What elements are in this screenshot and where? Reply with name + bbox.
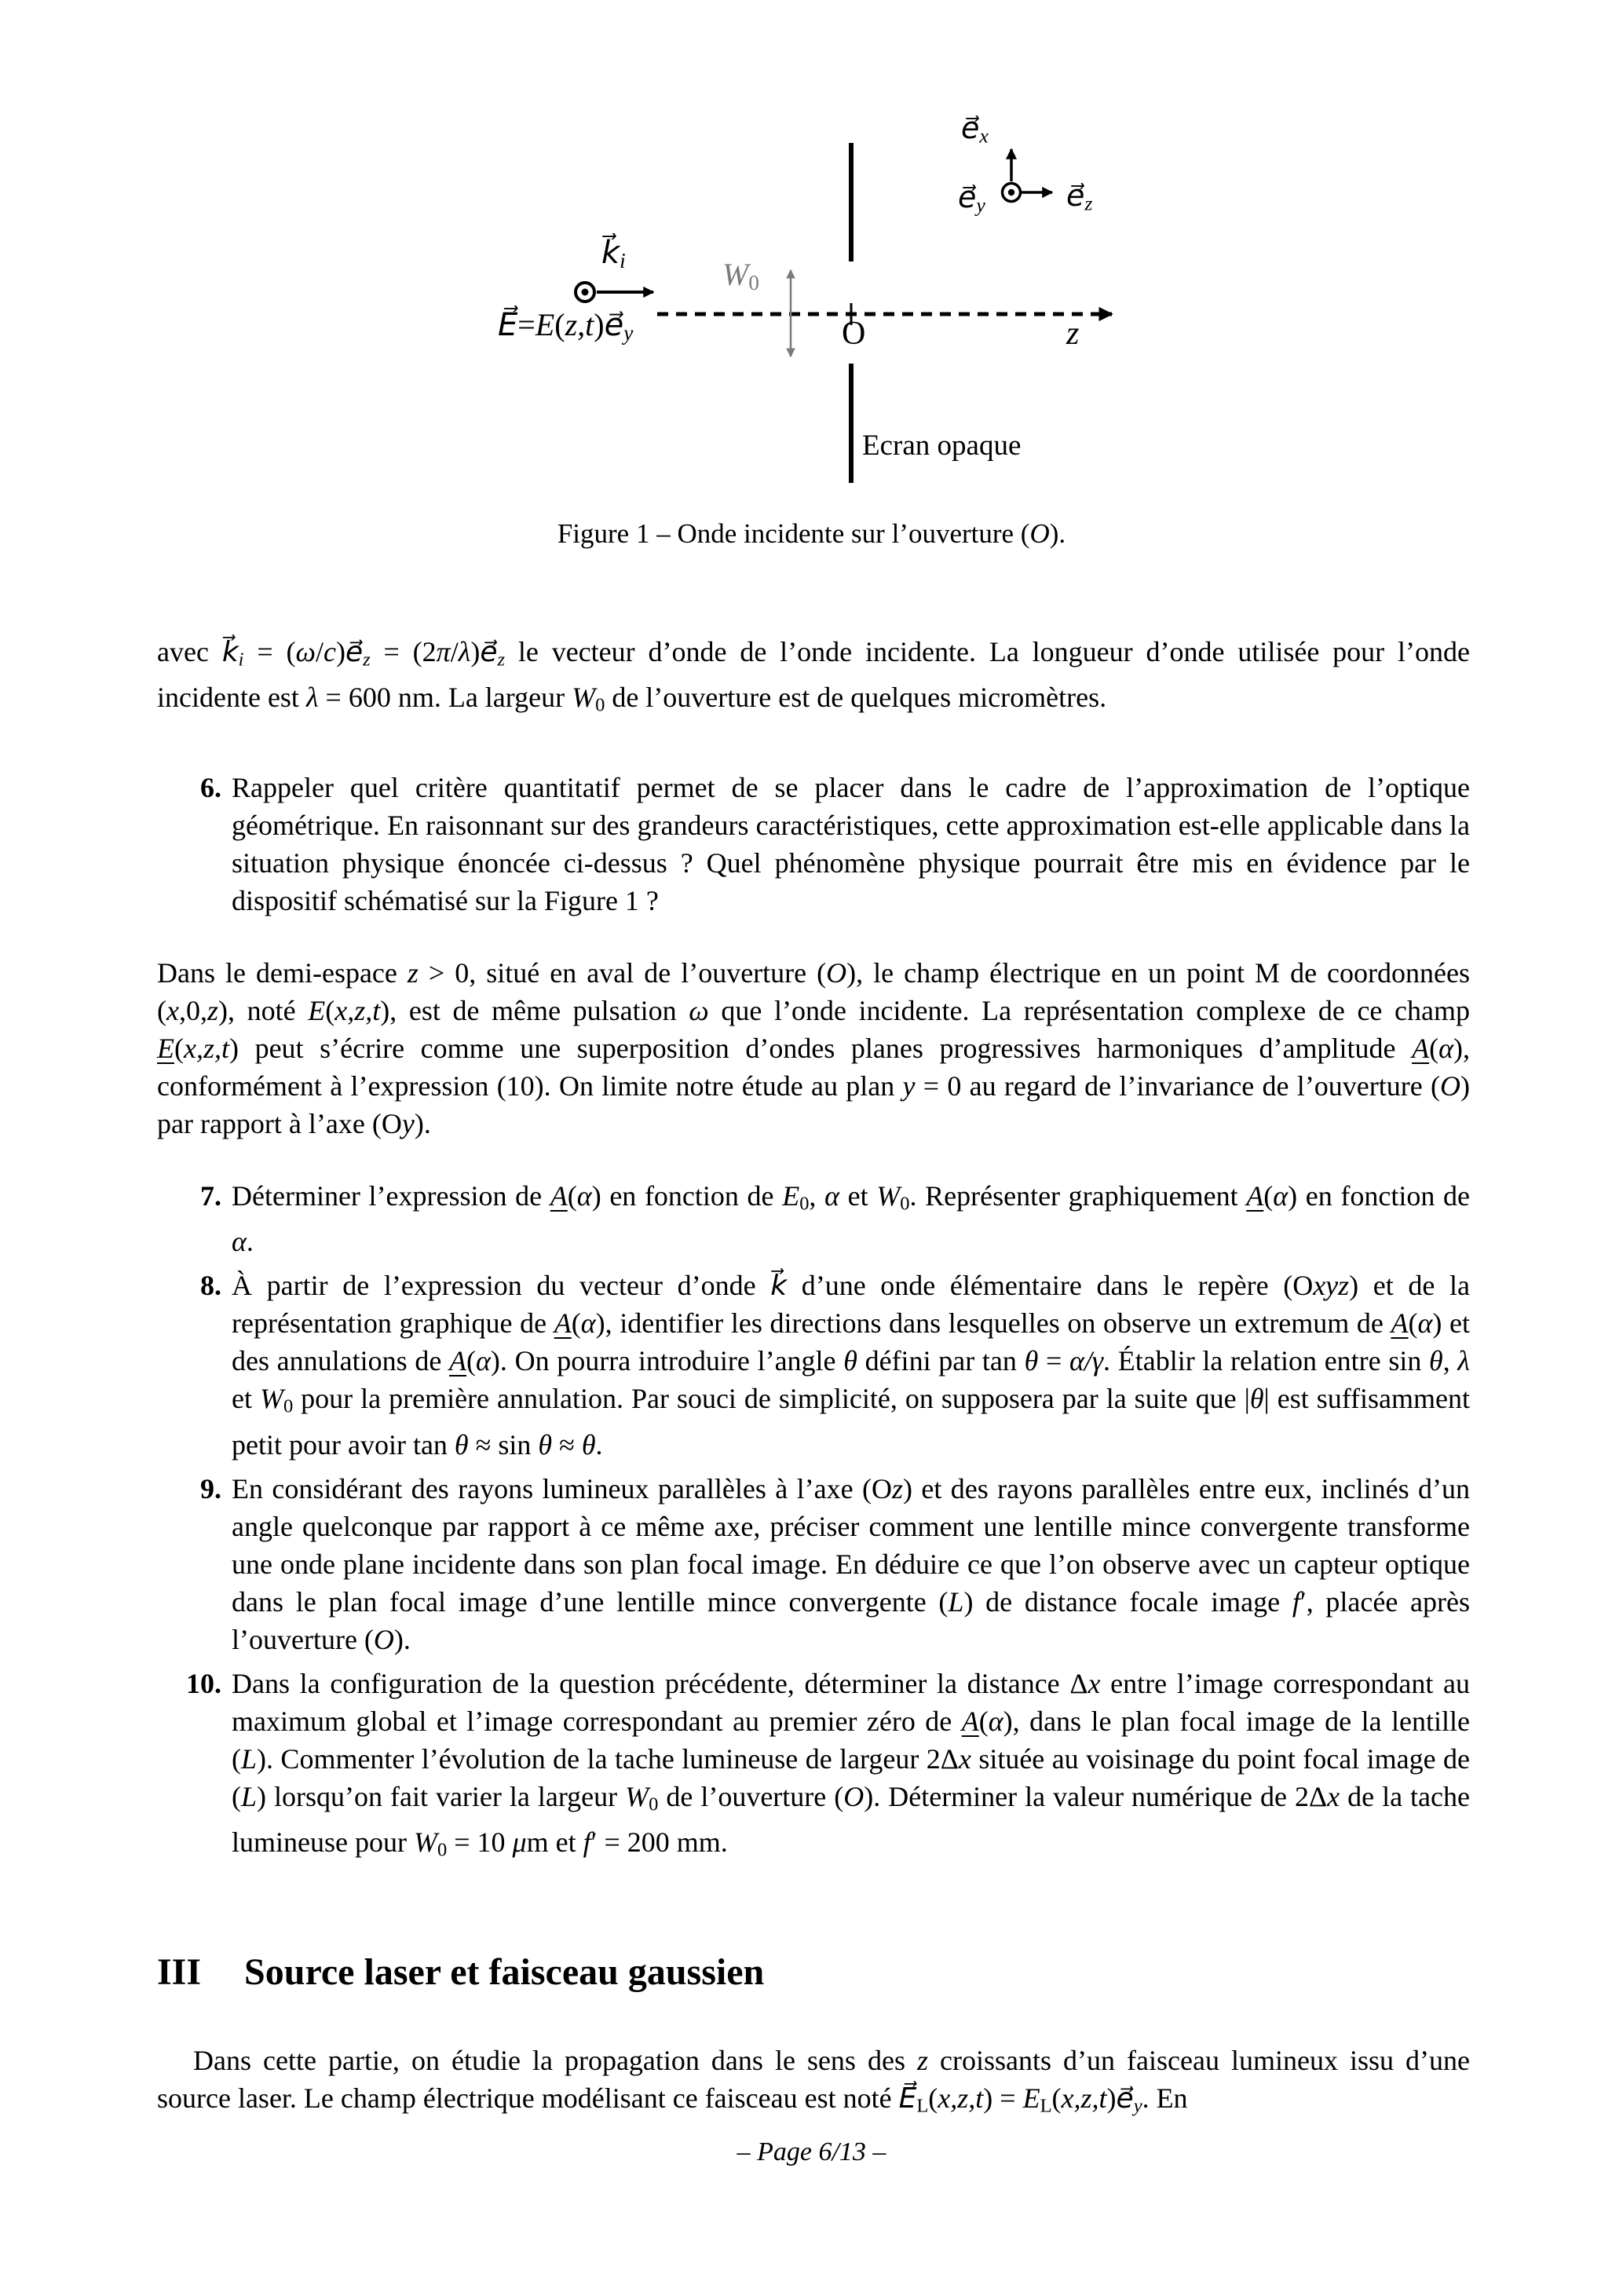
e-field-label: E⃗=E(z,t)e⃗y bbox=[498, 308, 633, 345]
opaque-screen-label: Ecran opaque bbox=[862, 430, 1021, 462]
question-9: 9. En considérant des rayons lumineux pa… bbox=[157, 1470, 1470, 1658]
question-number: 8. bbox=[157, 1267, 221, 1463]
question-text: Rappeler quel critère quantitatif permet… bbox=[232, 769, 1470, 919]
e-z-label: e⃗z bbox=[1066, 181, 1092, 215]
figure-1-diagram: e⃗x e⃗y e⃗z k⃗i W0 E⃗=E(z,t)e⃗y O z Ecra… bbox=[440, 94, 1178, 510]
question-text: À partir de l’expression du vecteur d’on… bbox=[232, 1267, 1470, 1463]
section-number: III bbox=[157, 1951, 201, 1994]
coordinate-frame bbox=[1003, 149, 1053, 202]
e-x-label: e⃗x bbox=[961, 113, 989, 148]
page-content: avec k⃗i = (ω/c)e⃗z = (2π/λ)e⃗z le vecte… bbox=[157, 633, 1470, 2126]
question-number: 7. bbox=[157, 1177, 221, 1260]
section-heading: IIISource laser et faisceau gaussien bbox=[157, 1951, 1470, 1994]
out-of-plane-vector-icon bbox=[576, 283, 594, 302]
page-number: – Page 6/13 – bbox=[0, 2137, 1623, 2167]
figure-1-drawing bbox=[440, 94, 1178, 510]
question-text: Dans la configuration de la question pré… bbox=[232, 1665, 1470, 1870]
question-10: 10. Dans la configuration de la question… bbox=[157, 1665, 1470, 1870]
document-page: e⃗x e⃗y e⃗z k⃗i W0 E⃗=E(z,t)e⃗y O z Ecra… bbox=[0, 0, 1623, 2296]
question-number: 9. bbox=[157, 1470, 221, 1658]
question-number: 6. bbox=[157, 769, 221, 919]
question-text: Déterminer l’expression de A(α) en fonct… bbox=[232, 1177, 1470, 1260]
section-title: Source laser et faisceau gaussien bbox=[244, 1951, 764, 1993]
question-text: En considérant des rayons lumineux paral… bbox=[232, 1470, 1470, 1658]
aperture-width-label: W0 bbox=[722, 258, 759, 295]
question-8: 8. À partir de l’expression du vecteur d… bbox=[157, 1267, 1470, 1463]
question-7: 7. Déterminer l’expression de A(α) en fo… bbox=[157, 1177, 1470, 1260]
paragraph-wave-vector: avec k⃗i = (ω/c)e⃗z = (2π/λ)e⃗z le vecte… bbox=[157, 633, 1470, 725]
e-y-dot-icon bbox=[1008, 189, 1014, 196]
question-6: 6. Rappeler quel critère quantitatif per… bbox=[157, 769, 1470, 919]
question-number: 10. bbox=[157, 1665, 221, 1870]
wave-vector-label: k⃗i bbox=[601, 236, 626, 273]
paragraph-laser: Dans cette partie, on étudie la propagat… bbox=[157, 2042, 1470, 2125]
optical-axis bbox=[657, 303, 1112, 325]
origin-label: O bbox=[842, 316, 865, 352]
e-y-label: e⃗y bbox=[958, 182, 985, 217]
figure-caption: Figure 1 – Onde incidente sur l’ouvertur… bbox=[0, 518, 1623, 550]
paragraph-halfspace: Dans le demi-espace z > 0, situé en aval… bbox=[157, 954, 1470, 1143]
z-axis-label: z bbox=[1066, 316, 1079, 352]
